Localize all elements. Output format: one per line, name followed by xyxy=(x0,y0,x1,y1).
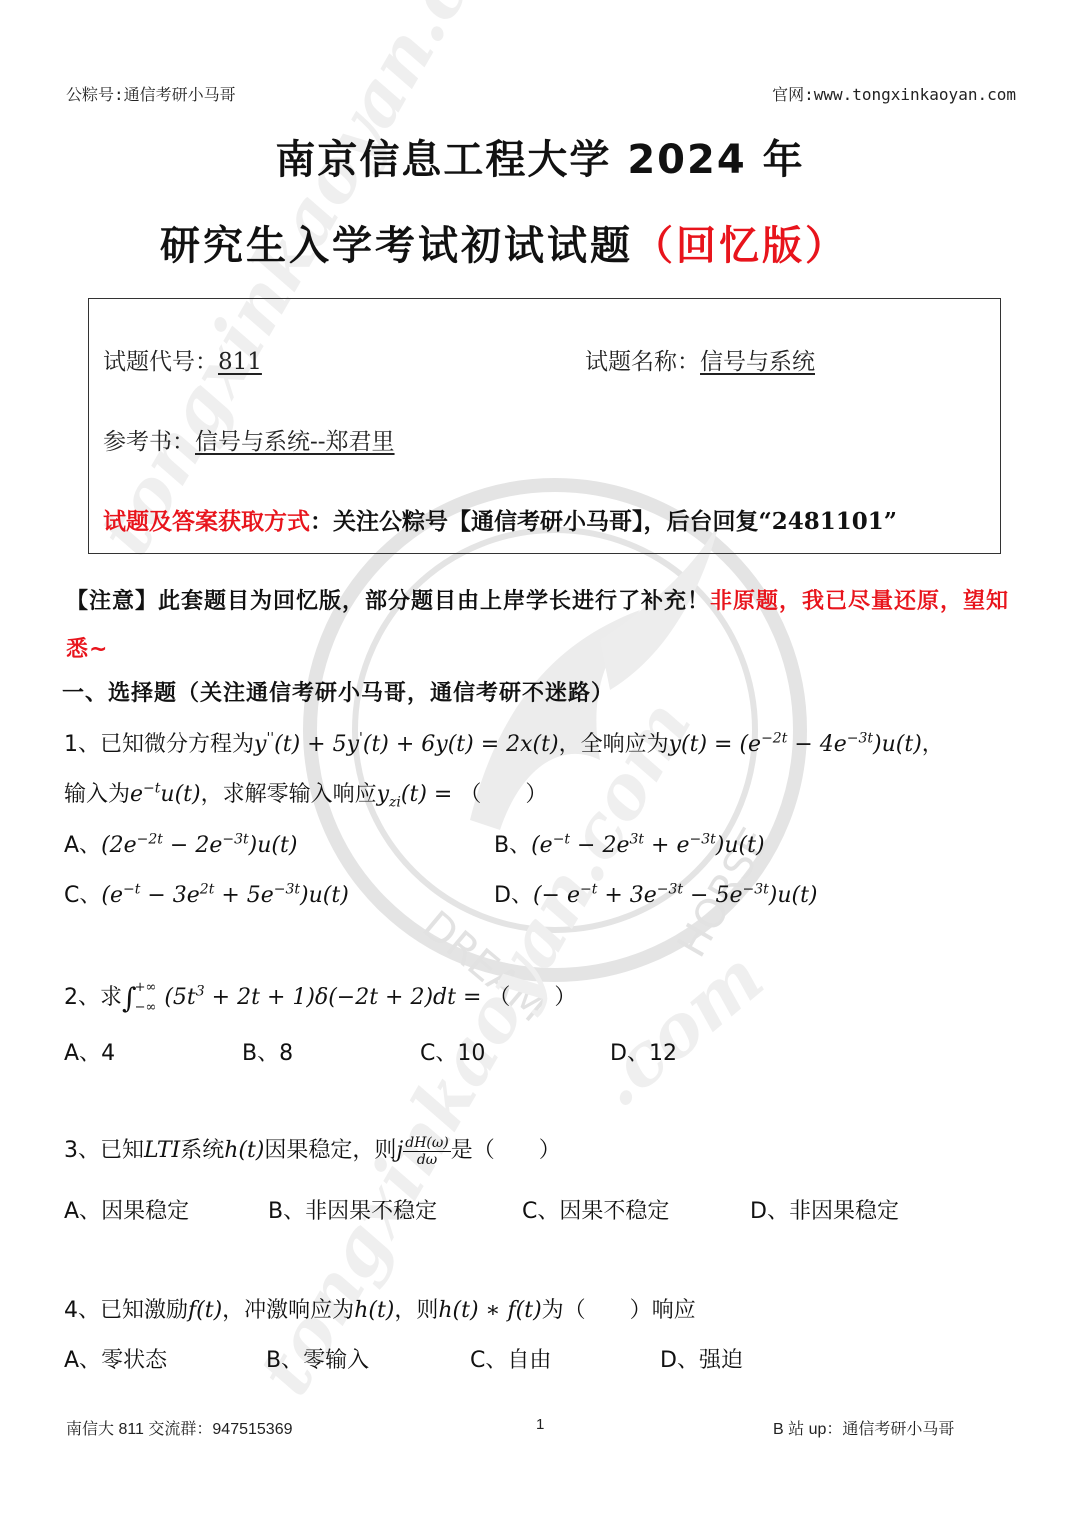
option-text: 非因果稳定 xyxy=(789,1199,899,1224)
q4-option-d[interactable]: D、强迫 xyxy=(660,1343,743,1374)
option-label: C、 xyxy=(470,1348,507,1373)
option-label: D、 xyxy=(660,1348,699,1373)
question-number: 4、 xyxy=(64,1298,100,1323)
q3-option-c[interactable]: C、因果不稳定 xyxy=(522,1194,669,1225)
q1-option-a[interactable]: A、(2e−2t − 2e−3t)u(t) xyxy=(64,828,297,859)
question-1-line-1: 1、已知微分方程为y''(t) + 5y'(t) + 6y(t) = 2x(t)… xyxy=(64,727,944,758)
fraction: dH(ω)dω xyxy=(403,1135,451,1168)
answer-blank: （ ） xyxy=(564,1298,652,1323)
page-number: 1 xyxy=(536,1416,544,1433)
option-label: A、 xyxy=(64,1348,101,1373)
header-website: 官网:www.tongxinkaoyan.com xyxy=(772,82,1016,105)
q2-option-b[interactable]: B、8 xyxy=(242,1036,293,1067)
notice: 【注意】此套题目为回忆版，部分题目由上岸学长进行了补充！非原题，我已尽量还原，望… xyxy=(66,578,1026,674)
exam-page: 公粽号:通信考研小马哥 官网:www.tongxinkaoyan.com 南京信… xyxy=(0,0,1080,1527)
q4-option-b[interactable]: B、零输入 xyxy=(266,1343,369,1374)
option-label: B、 xyxy=(268,1199,305,1224)
option-text: (− e−t + 3e−3t − 5e−3t)u(t) xyxy=(533,883,818,908)
equation: y(t) = (e−2t − 4e−3t)u(t) xyxy=(669,732,922,757)
answer-access-text: ：关注公粽号【通信考研小马哥】，后台回复“2481101” xyxy=(310,508,897,535)
option-label: A、 xyxy=(64,1199,101,1224)
q2-option-d[interactable]: D、12 xyxy=(610,1036,677,1067)
question-text: ，全响应为 xyxy=(559,732,669,757)
equation: e−tu(t) xyxy=(130,782,201,807)
q4-option-a[interactable]: A、零状态 xyxy=(64,1343,167,1374)
question-text: ，则 xyxy=(394,1298,438,1323)
exam-name-value: 信号与系统 xyxy=(700,349,815,375)
option-text: 零状态 xyxy=(101,1348,167,1373)
answer-blank: （ ） xyxy=(473,1138,561,1163)
question-text: ，求解零输入响应 xyxy=(201,782,377,807)
question-text: 已知 xyxy=(100,1138,144,1163)
upper-limit: +∞ xyxy=(135,978,157,998)
exam-code-value: 811 xyxy=(218,349,262,375)
q1-option-c[interactable]: C、(e−t − 3e2t + 5e−3t)u(t) xyxy=(64,878,349,909)
option-text: 非因果不稳定 xyxy=(305,1199,437,1224)
option-text: 零输入 xyxy=(303,1348,369,1373)
question-text: 输入为 xyxy=(64,782,130,807)
question-text: 系统 xyxy=(180,1138,224,1163)
option-text: 10 xyxy=(457,1041,485,1066)
math-term: LTI xyxy=(144,1138,180,1163)
option-label: C、 xyxy=(522,1199,559,1224)
option-text: (2e−2t − 2e−3t)u(t) xyxy=(101,833,297,858)
question-text: 因果稳定，则 xyxy=(264,1138,396,1163)
math-term: f(t) xyxy=(188,1298,222,1323)
section-title: 一、选择题（关注通信考研小马哥，通信考研不迷路） xyxy=(62,676,614,707)
question-4: 4、已知激励f(t)，冲激响应为h(t)，则h(t) ∗ f(t)为（ ）响应 xyxy=(64,1293,696,1324)
answer-blank: （ ） xyxy=(488,985,576,1010)
header-wechat: 公粽号:通信考研小马哥 xyxy=(66,82,236,105)
fraction-denominator: dω xyxy=(403,1152,451,1168)
notice-text: 【注意】此套题目为回忆版，部分题目由上岸学长进行了补充！ xyxy=(66,589,710,614)
page-title: 南京信息工程大学 2024 年 xyxy=(0,128,1080,185)
exam-code: 试题代号：811 xyxy=(103,343,262,376)
equation: y''(t) + 5y'(t) + 6y(t) = 2x(t) xyxy=(254,732,559,757)
option-label: B、 xyxy=(266,1348,303,1373)
q2-option-c[interactable]: C、10 xyxy=(420,1036,485,1067)
math-term: h(t) ∗ f(t) xyxy=(438,1298,541,1323)
equation: (5t3 + 2t + 1)δ(−2t + 2)dt = xyxy=(164,985,488,1010)
option-text: 12 xyxy=(649,1041,677,1066)
page-subtitle: 研究生入学考试初试试题（回忆版） xyxy=(160,214,848,271)
footer-group-number: 南信大 811 交流群：947515369 xyxy=(66,1416,293,1439)
option-label: C、 xyxy=(420,1041,457,1066)
question-text: 已知微分方程为 xyxy=(100,732,254,757)
option-text: (e−t − 3e2t + 5e−3t)u(t) xyxy=(101,883,348,908)
reference-book-value: 信号与系统--郑君里 xyxy=(195,429,395,455)
subtitle-recall-badge: （回忆版） xyxy=(633,223,848,269)
math-term: j xyxy=(396,1138,403,1163)
answer-blank: （ ） xyxy=(459,782,547,807)
q3-option-b[interactable]: B、非因果不稳定 xyxy=(268,1194,437,1225)
question-text: ，冲激响应为 xyxy=(222,1298,354,1323)
question-text: 为 xyxy=(542,1298,564,1323)
q1-option-b[interactable]: B、(e−t − 2e3t + e−3t)u(t) xyxy=(494,828,765,859)
reference-book: 参考书：信号与系统--郑君里 xyxy=(103,423,395,456)
answer-access-label: 试题及答案获取方式 xyxy=(103,508,310,535)
option-label: C、 xyxy=(64,883,101,908)
q3-option-a[interactable]: A、因果稳定 xyxy=(64,1194,189,1225)
option-label: D、 xyxy=(750,1199,789,1224)
option-text: 4 xyxy=(101,1041,115,1066)
answer-access: 试题及答案获取方式：关注公粽号【通信考研小马哥】，后台回复“2481101” xyxy=(103,503,897,536)
option-text: 因果不稳定 xyxy=(559,1199,669,1224)
option-text: 强迫 xyxy=(699,1348,743,1373)
reference-book-label: 参考书： xyxy=(103,429,195,455)
question-number: 2、 xyxy=(64,985,100,1010)
footer-bilibili: B 站 up：通信考研小马哥 xyxy=(773,1416,954,1439)
option-label: B、 xyxy=(494,833,531,858)
option-text: (e−t − 2e3t + e−3t)u(t) xyxy=(531,833,764,858)
question-text: 响应 xyxy=(652,1298,696,1323)
exam-code-label: 试题代号： xyxy=(103,349,218,375)
option-text: 自由 xyxy=(507,1348,551,1373)
lower-limit: −∞ xyxy=(135,998,157,1018)
q1-option-d[interactable]: D、(− e−t + 3e−3t − 5e−3t)u(t) xyxy=(494,878,818,909)
option-label: A、 xyxy=(64,1041,101,1066)
question-3: 3、已知LTI系统h(t)因果稳定，则jdH(ω)dω是（ ） xyxy=(64,1133,561,1168)
exam-info-box: 试题代号：811 试题名称：信号与系统 参考书：信号与系统--郑君里 试题及答案… xyxy=(88,298,1001,554)
exam-name-label: 试题名称： xyxy=(585,349,700,375)
math-term: h(t) xyxy=(354,1298,394,1323)
integral-limits: +∞−∞ xyxy=(135,978,157,1018)
question-number: 1、 xyxy=(64,732,100,757)
option-text: 因果稳定 xyxy=(101,1199,189,1224)
fraction-numerator: dH(ω) xyxy=(403,1135,451,1152)
question-text: 已知激励 xyxy=(100,1298,188,1323)
question-1-line-2: 输入为e−tu(t)，求解零输入响应yzi(t) = （ ） xyxy=(64,777,547,810)
option-label: D、 xyxy=(494,883,533,908)
option-label: D、 xyxy=(610,1041,649,1066)
option-label: A、 xyxy=(64,833,101,858)
question-text: 求 xyxy=(100,985,122,1010)
question-2: 2、求∫+∞−∞(5t3 + 2t + 1)δ(−2t + 2)dt = （ ） xyxy=(64,978,576,1018)
math-term: h(t) xyxy=(224,1138,264,1163)
q4-option-c[interactable]: C、自由 xyxy=(470,1343,551,1374)
question-number: 3、 xyxy=(64,1138,100,1163)
equation: yzi(t) = xyxy=(377,782,460,807)
question-text: 是 xyxy=(451,1138,473,1163)
exam-name: 试题名称：信号与系统 xyxy=(585,343,815,376)
q3-option-d[interactable]: D、非因果稳定 xyxy=(750,1194,899,1225)
q2-option-a[interactable]: A、4 xyxy=(64,1036,115,1067)
option-text: 8 xyxy=(279,1041,293,1066)
subtitle-main: 研究生入学考试初试试题 xyxy=(160,223,633,269)
option-label: B、 xyxy=(242,1041,279,1066)
